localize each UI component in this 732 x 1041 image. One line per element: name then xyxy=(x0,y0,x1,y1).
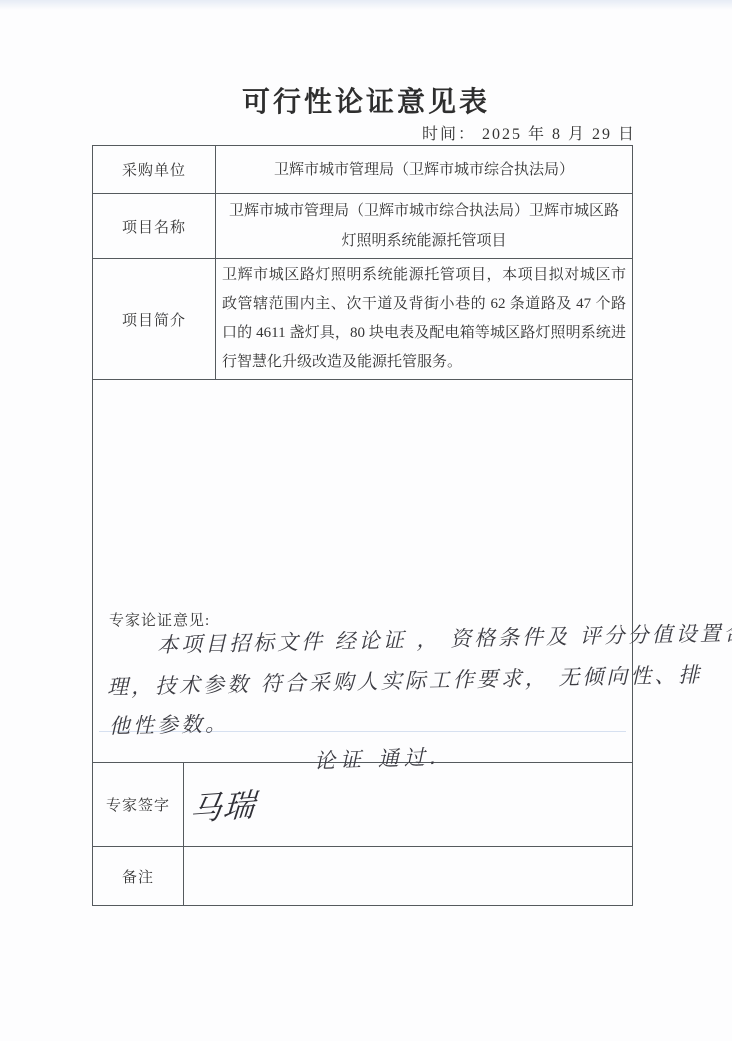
remark-value xyxy=(184,847,633,906)
project-intro-label: 项目简介 xyxy=(93,259,216,380)
purchasing-unit-value: 卫辉市城市管理局（卫辉市城市综合执法局） xyxy=(216,146,633,194)
table-row-expert-opinion: 专家论证意见: 本项目招标文件 经论证 ， 资格条件及 评分分值设置合 理，技术… xyxy=(93,380,633,763)
table-row-project-intro: 项目简介 卫辉市城区路灯照明系统能源托管项目，本项目拟对城区市政管辖范围内主、次… xyxy=(93,259,633,380)
project-name-value: 卫辉市城市管理局（卫辉市城市综合执法局）卫辉市城区路灯照明系统能源托管项目 xyxy=(216,194,633,259)
expert-opinion-handwriting-line3: 他性参数。 xyxy=(109,708,230,741)
date-label: 时间： xyxy=(422,126,476,143)
expert-opinion-handwriting-line2: 理，技术参数 符合采购人实际工作要求， 无倾向性、排 xyxy=(107,659,703,701)
remark-label: 备注 xyxy=(93,847,184,906)
expert-opinion-handwriting-line1: 本项目招标文件 经论证 ， 资格条件及 评分分值设置合 xyxy=(157,617,732,659)
feasibility-form-table: 采购单位 卫辉市城市管理局（卫辉市城市综合执法局） 项目名称 卫辉市城市管理局（… xyxy=(92,145,633,906)
expert-opinion-cell: 专家论证意见: 本项目招标文件 经论证 ， 资格条件及 评分分值设置合 理，技术… xyxy=(93,380,633,763)
date-line: 时间： 2025 年 8 月 29 日 xyxy=(422,121,636,144)
date-value: 2025 年 8 月 29 日 xyxy=(482,126,636,143)
scanned-document-page: 可行性论证意见表 时间： 2025 年 8 月 29 日 采购单位 卫辉市城市管… xyxy=(0,0,732,1041)
purchasing-unit-label: 采购单位 xyxy=(93,146,216,194)
project-name-label: 项目名称 xyxy=(93,194,216,259)
expert-signature-handwriting: 马瑞 xyxy=(188,779,257,830)
document-title: 可行性论证意见表 xyxy=(0,80,732,120)
project-intro-value: 卫辉市城区路灯照明系统能源托管项目，本项目拟对城区市政管辖范围内主、次干道及背街… xyxy=(216,259,633,380)
expert-signature-label: 专家签字 xyxy=(93,763,184,847)
scan-artifact-tint xyxy=(0,0,732,10)
table-row-remark: 备注 xyxy=(93,847,633,906)
expert-signature-cell: 马瑞 xyxy=(184,763,633,847)
table-row-project-name: 项目名称 卫辉市城市管理局（卫辉市城市综合执法局）卫辉市城区路灯照明系统能源托管… xyxy=(93,194,633,259)
expert-opinion-label: 专家论证意见: xyxy=(109,609,210,630)
expert-opinion-handwriting-conclusion: 论证 通过. xyxy=(314,741,442,775)
table-row-purchasing-unit: 采购单位 卫辉市城市管理局（卫辉市城市综合执法局） xyxy=(93,146,633,194)
table-row-expert-signature: 专家签字 马瑞 xyxy=(93,763,633,847)
